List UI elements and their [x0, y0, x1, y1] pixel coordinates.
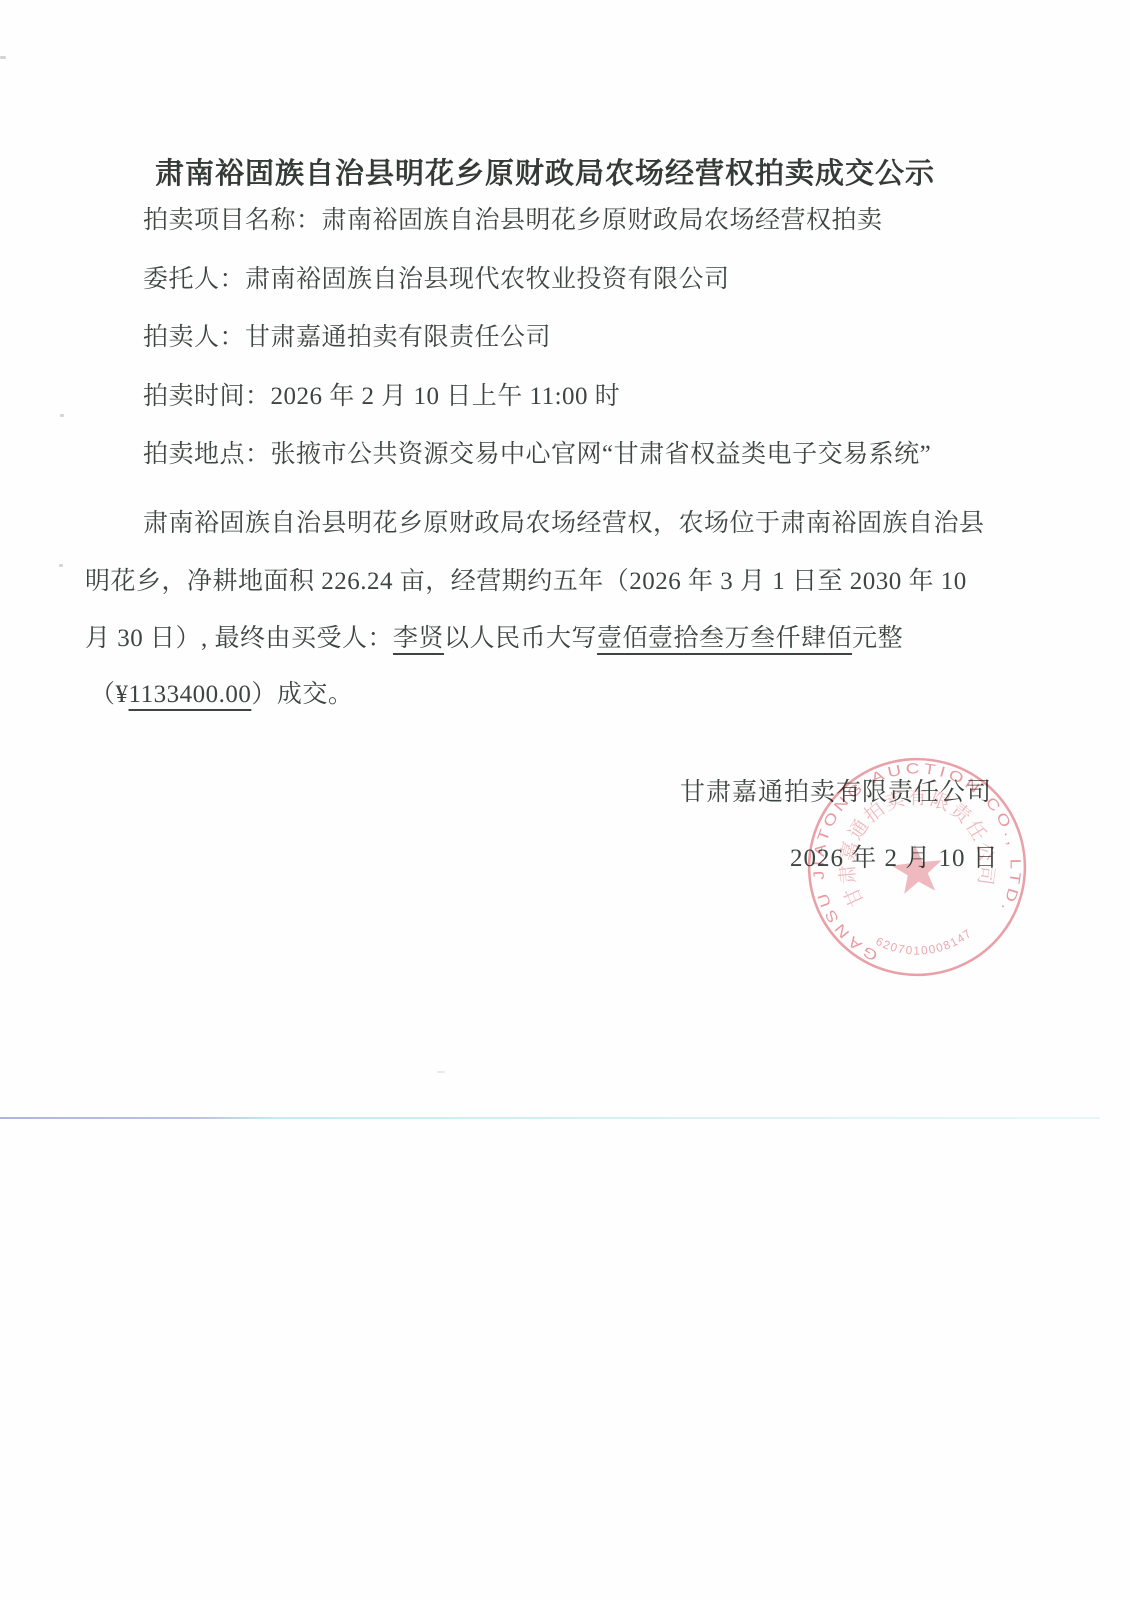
body-text: （¥	[90, 681, 129, 708]
body-paragraph-line-4: （¥1133400.00）成交。	[90, 674, 353, 710]
field-value: 肃南裕固族自治县明花乡原财政局农场经营权拍卖	[322, 207, 883, 234]
field-auction-time: 拍卖时间：2026 年 2 月 10 日上午 11:00 时	[143, 376, 620, 412]
field-label: 拍卖地点：	[143, 441, 271, 468]
amount-in-words-underlined: 壹佰壹拾叁万叁仟肆佰	[597, 625, 852, 652]
field-label: 拍卖项目名称：	[143, 207, 322, 234]
document-page: 肃南裕固族自治县明花乡原财政局农场经营权拍卖成交公示 拍卖项目名称：肃南裕固族自…	[0, 0, 1130, 1600]
field-label: 拍卖时间：	[143, 383, 271, 410]
field-auctioneer: 拍卖人：甘肃嘉通拍卖有限责任公司	[143, 317, 551, 353]
scan-speck	[0, 56, 6, 59]
scan-speck	[437, 1071, 445, 1073]
field-auction-project-name: 拍卖项目名称：肃南裕固族自治县明花乡原财政局农场经营权拍卖	[143, 200, 883, 236]
amount-numeric-underlined: 1133400.00	[129, 681, 252, 708]
body-paragraph-line-3: 月 30 日）, 最终由买受人：李贤以人民币大写壹佰壹拾叁万叁仟肆佰元整	[85, 618, 903, 654]
field-label: 拍卖人：	[143, 324, 245, 351]
field-value: 2026 年 2 月 10 日上午 11:00 时	[271, 383, 621, 410]
body-text: ）成交。	[251, 681, 353, 708]
seal-serial-number: 6207010008147	[872, 925, 976, 962]
field-value: 甘肃嘉通拍卖有限责任公司	[245, 324, 551, 351]
seal-graphics: GANSU JIATONG AUCTION CO., LTD. 甘肃嘉通拍卖有限…	[798, 748, 1035, 985]
company-seal-stamp: GANSU JIATONG AUCTION CO., LTD. 甘肃嘉通拍卖有限…	[792, 742, 1043, 993]
field-auction-venue: 拍卖地点：张掖市公共资源交易中心官网“甘肃省权益类电子交易系统”	[143, 434, 931, 470]
field-label: 委托人：	[143, 266, 245, 293]
field-consignor: 委托人：肃南裕固族自治县现代农牧业投资有限公司	[143, 259, 730, 295]
page-title: 肃南裕固族自治县明花乡原财政局农场经营权拍卖成交公示	[85, 151, 1005, 192]
scan-artifact-line	[0, 1117, 1100, 1119]
body-text: 月 30 日）, 最终由买受人：	[85, 625, 393, 652]
body-text: 元整	[852, 625, 903, 652]
scan-speck	[60, 414, 64, 417]
field-value: 肃南裕固族自治县现代农牧业投资有限公司	[245, 266, 730, 293]
scan-speck	[59, 564, 63, 567]
star-icon	[890, 842, 945, 895]
body-paragraph-line-1: 肃南裕固族自治县明花乡原财政局农场经营权，农场位于肃南裕固族自治县	[143, 503, 985, 539]
field-value: 张掖市公共资源交易中心官网“甘肃省权益类电子交易系统”	[271, 441, 932, 468]
body-text: 以人民币大写	[444, 625, 597, 652]
buyer-name-underlined: 李贤	[393, 625, 444, 652]
body-paragraph-line-2: 明花乡，净耕地面积 226.24 亩，经营期约五年（2026 年 3 月 1 日…	[85, 561, 967, 597]
